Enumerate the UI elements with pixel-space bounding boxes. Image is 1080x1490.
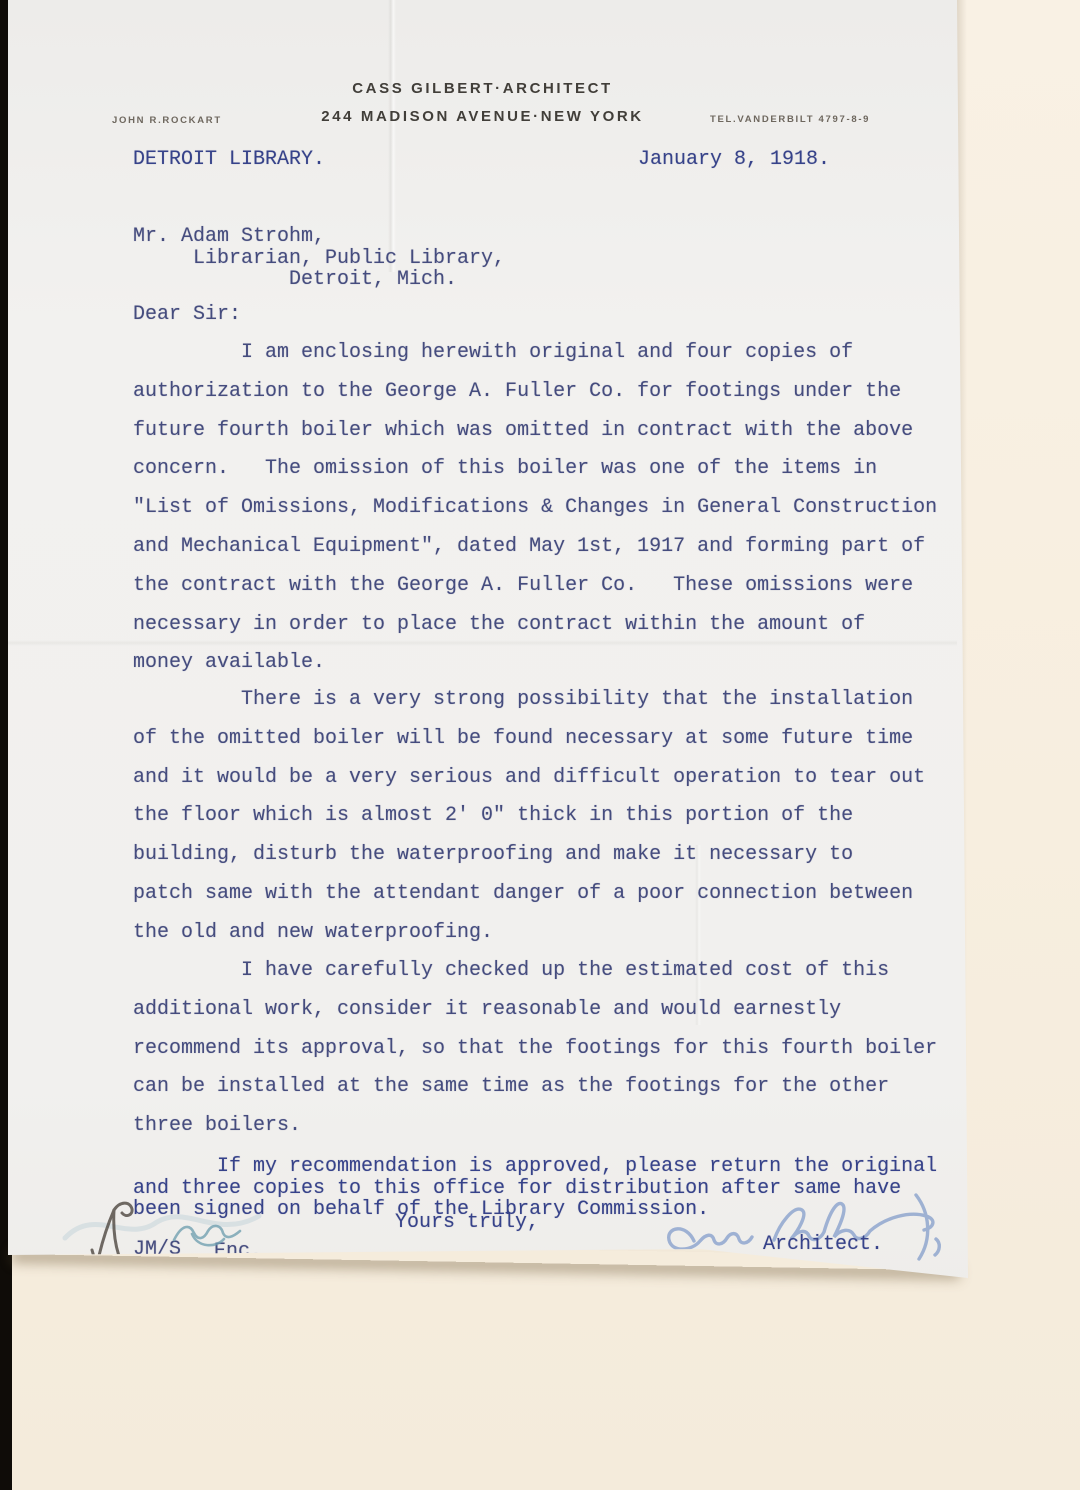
- salutation: Dear Sir:: [133, 303, 241, 326]
- valediction: Yours truly,: [395, 1211, 539, 1234]
- body-paragraph-1: I am enclosing herewith original and fou…: [133, 334, 937, 683]
- date-line: January 8, 1918.: [638, 148, 830, 171]
- handwritten-scribble: [166, 1212, 262, 1256]
- body-paragraph-3: I have carefully checked up the estimate…: [133, 952, 937, 1146]
- recipient-address-block: Mr. Adam Strohm, Librarian, Public Libra…: [133, 226, 505, 291]
- letterhead-telephone: TEL.VANDERBILT 4797-8-9: [710, 114, 870, 125]
- body-paragraph-2: There is a very strong possibility that …: [133, 681, 925, 953]
- subject-reference: DETROIT LIBRARY.: [133, 148, 325, 171]
- letterhead-architect-name: CASS GILBERT·ARCHITECT: [8, 80, 957, 97]
- scanned-letter-page: { "letterhead": { "associate": "JOHN R.R…: [0, 0, 1080, 1490]
- letterhead-associate-name: JOHN R.ROCKART: [112, 115, 222, 126]
- signature-title: Architect.: [763, 1233, 883, 1256]
